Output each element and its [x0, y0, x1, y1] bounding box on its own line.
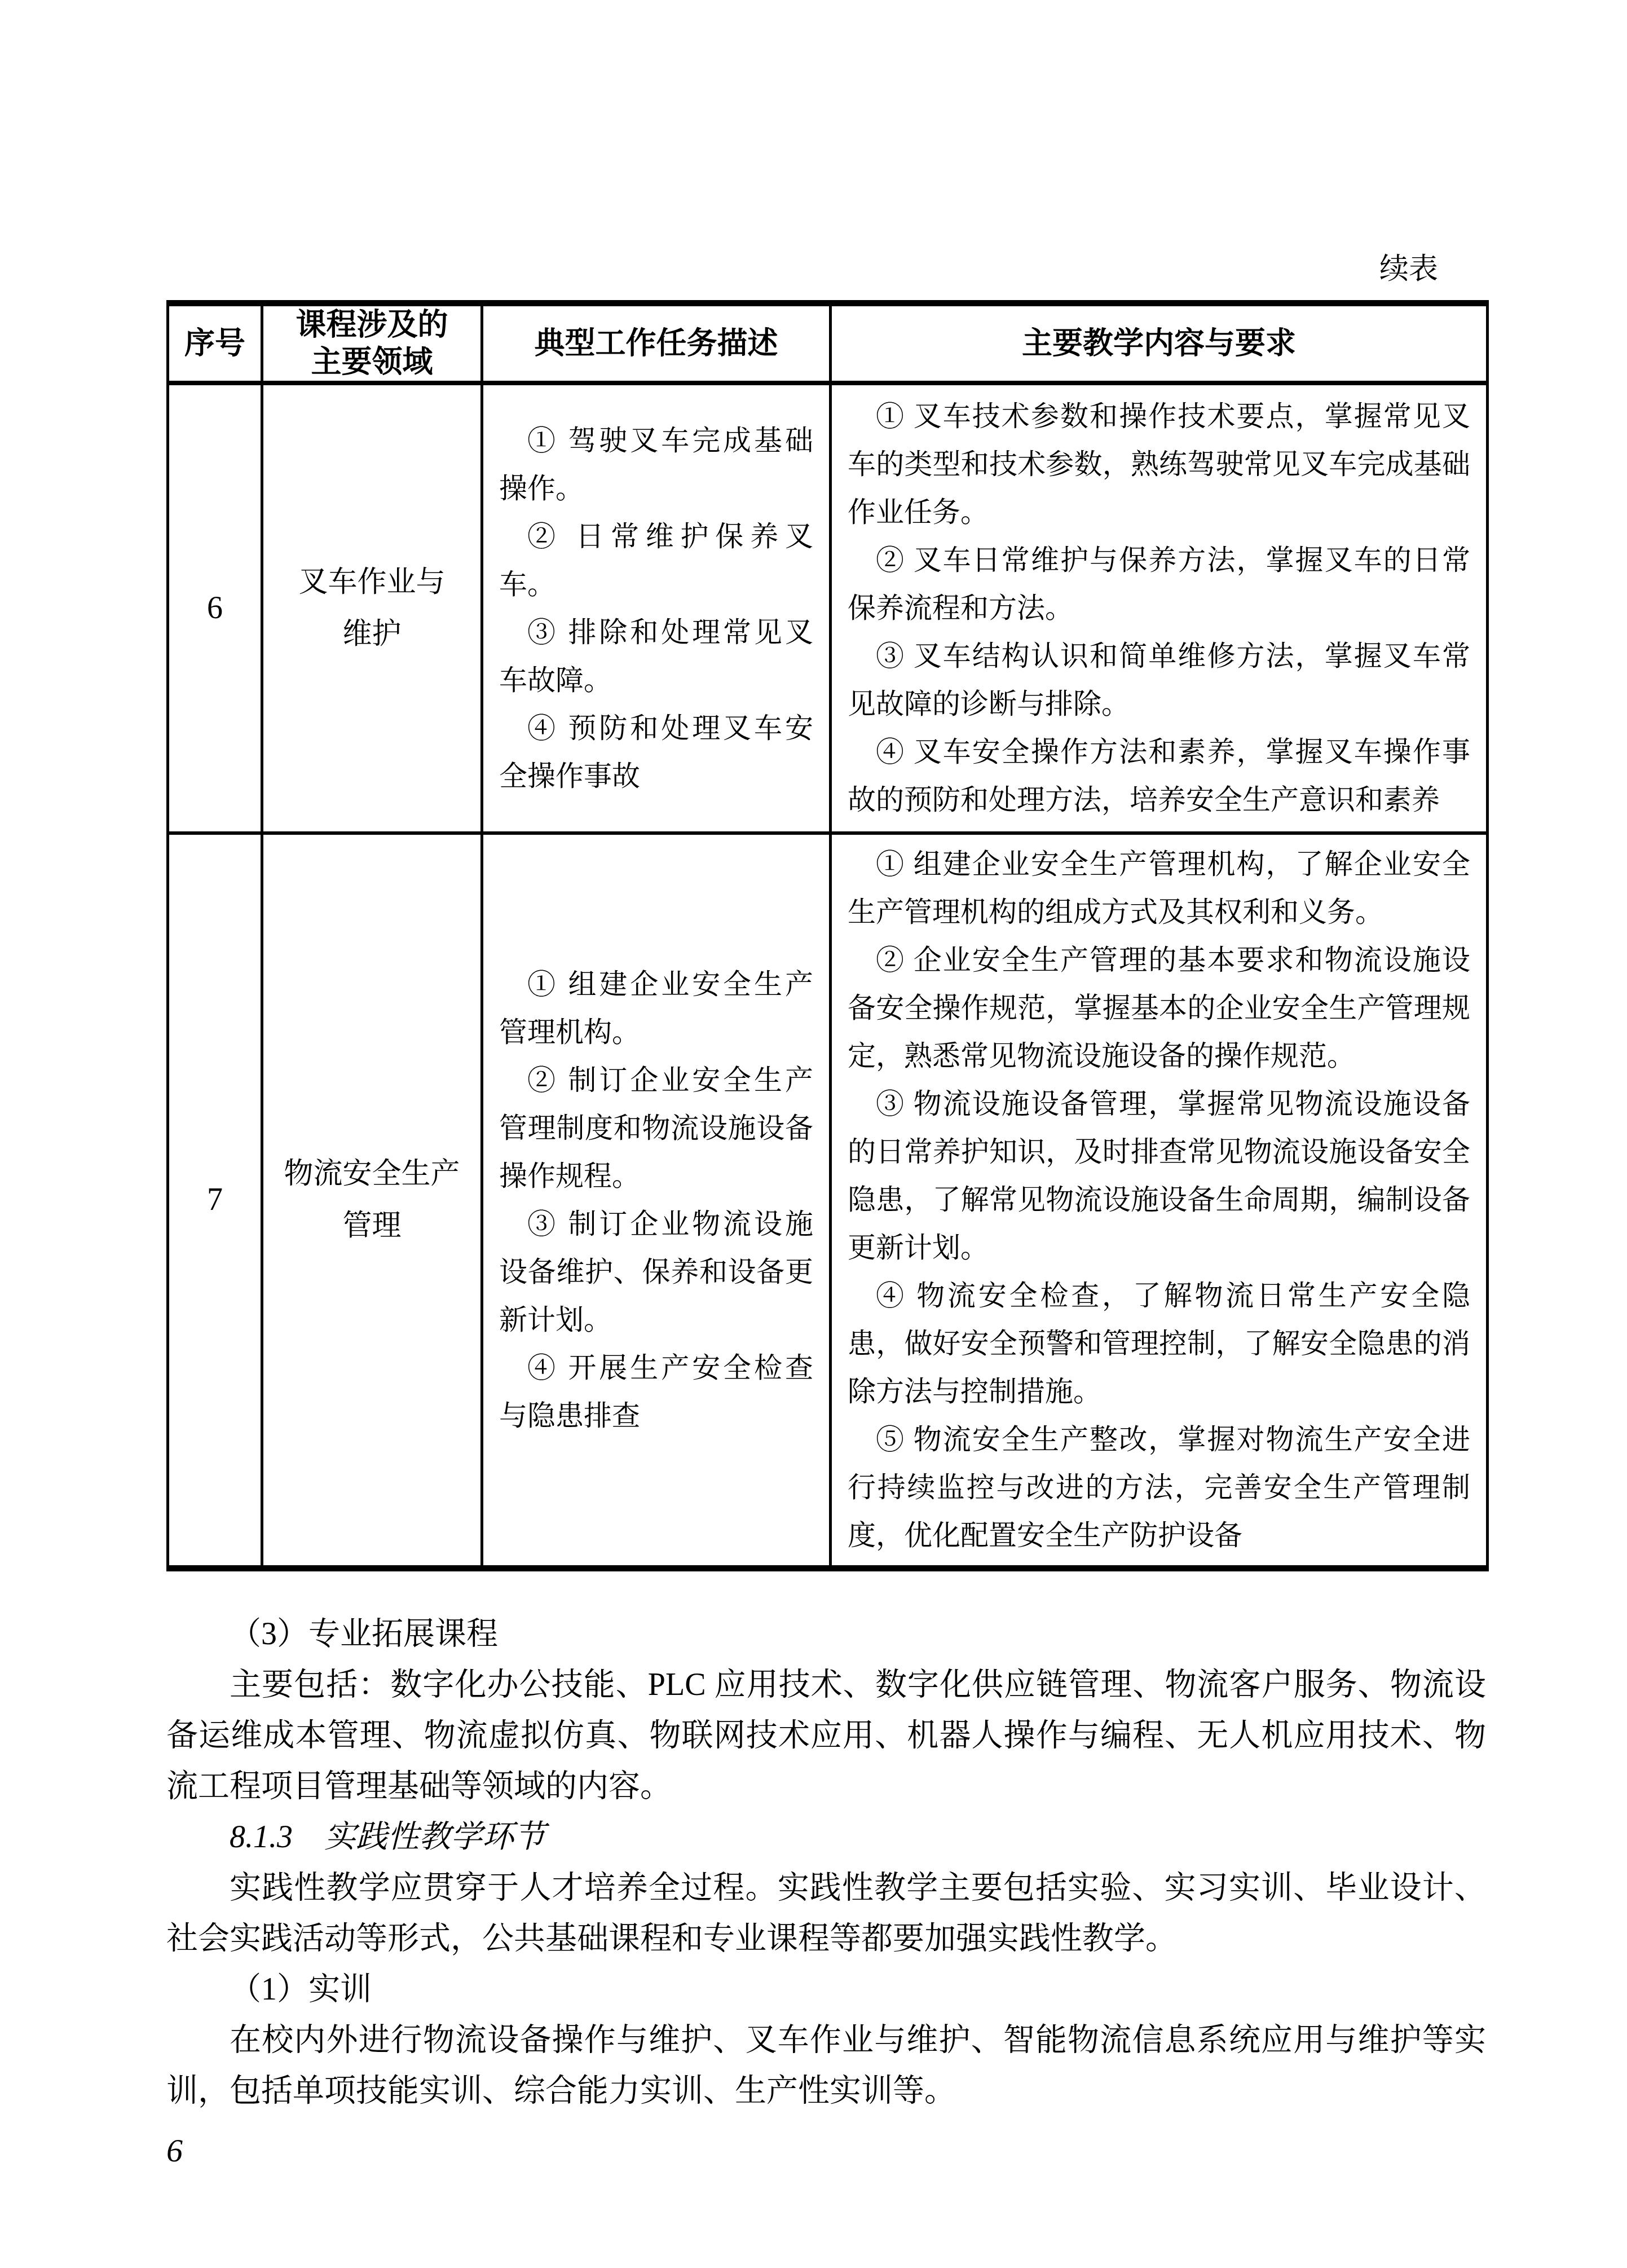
row6-domain: 叉车作业与 维护	[262, 383, 482, 833]
task-item: ① 驾驶叉车完成基础操作。	[499, 417, 813, 513]
table-header-row: 序号 课程涉及的 主要领域 典型工作任务描述 主要教学内容与要求	[168, 303, 1488, 384]
content-item: ③ 物流设施设备管理，掌握常见物流设施设备的日常养护知识，及时排查常见物流设施设…	[848, 1080, 1470, 1272]
page-number: 6	[166, 2131, 1486, 2170]
content-item: ② 叉车日常维护与保养方法，掌握叉车的日常保养流程和方法。	[848, 536, 1470, 632]
task-item: ② 日常维护保养叉车。	[499, 513, 813, 609]
content-item: ② 企业安全生产管理的基本要求和物流设施设备安全操作规范，掌握基本的企业安全生产…	[848, 936, 1470, 1080]
content-item: ① 组建企业安全生产管理机构，了解企业安全生产管理机构的组成方式及其权利和义务。	[848, 840, 1470, 936]
body-text-sections: （3）专业拓展课程 主要包括：数字化办公技能、PLC 应用技术、数字化供应链管理…	[166, 1609, 1486, 2116]
row6-tasks: ① 驾驶叉车完成基础操作。 ② 日常维护保养叉车。 ③ 排除和处理常见叉车故障。…	[482, 383, 831, 833]
content-item: ⑤ 物流安全生产整改，掌握对物流生产安全进行持续监控与改进的方法，完善安全生产管…	[848, 1416, 1470, 1560]
col-header-domain-line1: 课程涉及的	[263, 306, 480, 343]
content-item: ④ 叉车安全操作方法和素养，掌握叉车操作事故的预防和处理方法，培养安全生产意识和…	[848, 728, 1470, 824]
domain-line: 物流安全生产	[263, 1148, 480, 1200]
task-item: ④ 开展生产安全检查与隐患排查	[499, 1344, 813, 1440]
col-header-domain-line2: 主要领域	[263, 343, 480, 381]
task-item: ③ 制订企业物流设施设备维护、保养和设备更新计划。	[499, 1200, 813, 1344]
table-row-7: 7 物流安全生产 管理 ① 组建企业安全生产管理机构。 ② 制订企业安全生产管理…	[168, 833, 1488, 1569]
col-header-domain: 课程涉及的 主要领域	[262, 303, 482, 384]
task-item: ④ 预防和处理叉车安全操作事故	[499, 704, 813, 800]
document-page: 续表 序号 课程涉及的 主要领域 典型工作任务描述 主要教学内容与要求 6 叉车…	[0, 0, 1627, 2268]
content-item: ① 叉车技术参数和操作技术要点，掌握常见叉车的类型和技术参数，熟练驾驶常见叉车完…	[848, 393, 1470, 536]
task-item: ② 制订企业安全生产管理制度和物流设施设备操作规程。	[499, 1056, 813, 1200]
row7-domain: 物流安全生产 管理	[262, 833, 482, 1569]
continued-table-label: 续表	[166, 0, 1486, 287]
task-item: ① 组建企业安全生产管理机构。	[499, 961, 813, 1056]
table-row-6: 6 叉车作业与 维护 ① 驾驶叉车完成基础操作。 ② 日常维护保养叉车。 ③ 排…	[168, 383, 1488, 833]
col-header-contents: 主要教学内容与要求	[831, 303, 1488, 384]
col-header-seq: 序号	[168, 303, 262, 384]
row7-tasks: ① 组建企业安全生产管理机构。 ② 制订企业安全生产管理制度和物流设施设备操作规…	[482, 833, 831, 1569]
content-item: ③ 叉车结构认识和简单维修方法，掌握叉车常见故障的诊断与排除。	[848, 632, 1470, 728]
row7-seq: 7	[168, 833, 262, 1569]
course-content-table: 序号 课程涉及的 主要领域 典型工作任务描述 主要教学内容与要求 6 叉车作业与…	[166, 300, 1489, 1571]
section-3-heading: （3）专业拓展课程	[166, 1609, 1486, 1659]
content-item: ④ 物流安全检查，了解物流日常生产安全隐患，做好安全预警和管理控制，了解安全隐患…	[848, 1272, 1470, 1416]
task-item: ③ 排除和处理常见叉车故障。	[499, 609, 813, 704]
col-header-tasks: 典型工作任务描述	[482, 303, 831, 384]
section-813-heading: 8.1.3 实践性教学环节	[166, 1812, 1486, 1862]
section-813-body: 实践性教学应贯穿于人才培养全过程。实践性教学主要包括实验、实习实训、毕业设计、社…	[166, 1862, 1486, 1964]
section-1-body: 在校内外进行物流设备操作与维护、叉车作业与维护、智能物流信息系统应用与维护等实训…	[166, 2015, 1486, 2116]
row7-contents: ① 组建企业安全生产管理机构，了解企业安全生产管理机构的组成方式及其权利和义务。…	[831, 833, 1488, 1569]
section-3-body: 主要包括：数字化办公技能、PLC 应用技术、数字化供应链管理、物流客户服务、物流…	[166, 1659, 1486, 1812]
domain-line: 管理	[263, 1200, 480, 1252]
row6-contents: ① 叉车技术参数和操作技术要点，掌握常见叉车的类型和技术参数，熟练驾驶常见叉车完…	[831, 383, 1488, 833]
domain-line: 叉车作业与	[263, 557, 480, 609]
row6-seq: 6	[168, 383, 262, 833]
section-1-heading: （1）实训	[166, 1964, 1486, 2015]
domain-line: 维护	[263, 609, 480, 660]
